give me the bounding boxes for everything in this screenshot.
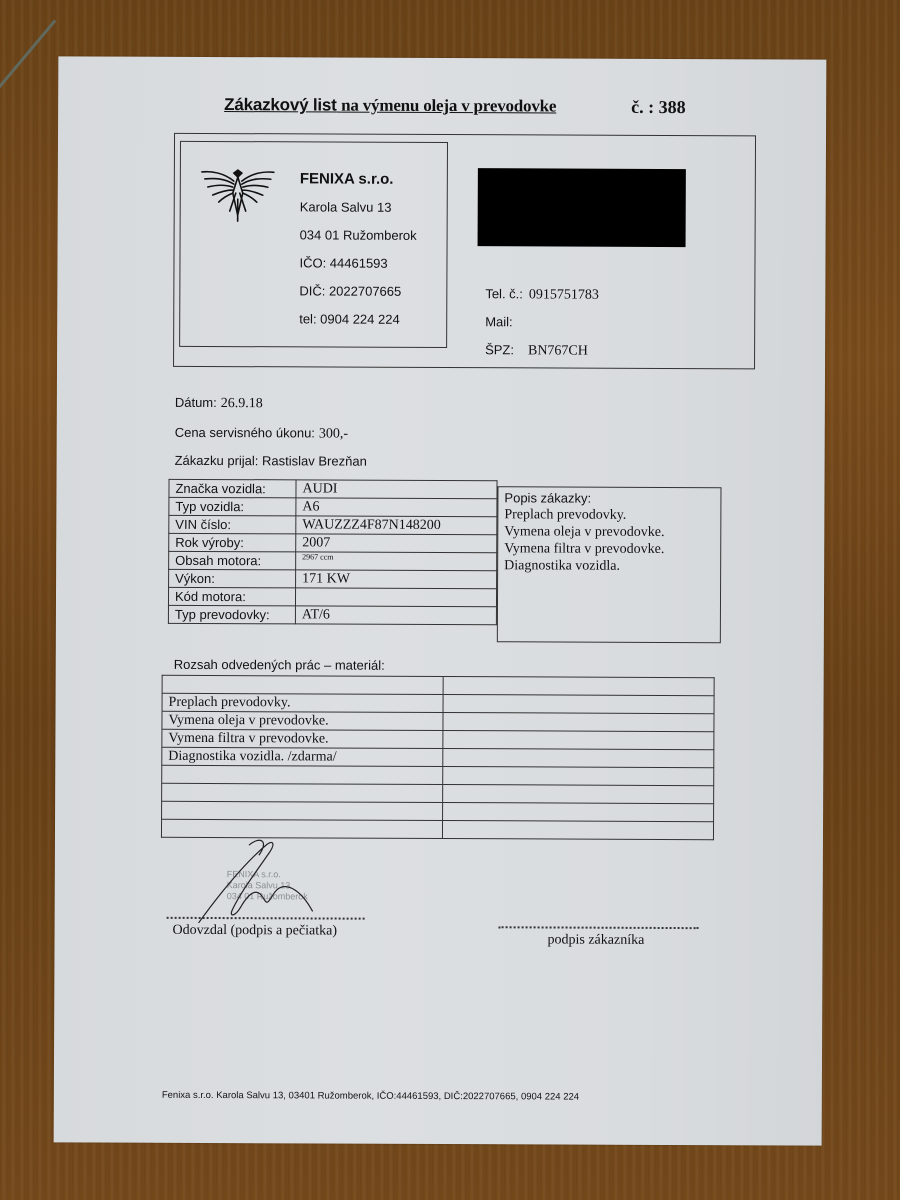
vehicle-label: Rok výroby: (169, 533, 296, 552)
work-item (161, 819, 442, 838)
table-row: Typ prevodovky:AT/6 (168, 605, 496, 624)
company-ico: IČO: 44461593 (299, 253, 416, 282)
order-accepted-by: Zákazku prijal: Rastislav Brezňan (175, 453, 367, 469)
work-material (443, 785, 714, 804)
table-row: Výkon:171 KW (169, 569, 497, 588)
vehicle-label: Značka vozidla: (169, 479, 296, 498)
description-line: Vymena filtra v prevodovke. (504, 540, 714, 558)
pen-on-table (0, 0, 56, 90)
table-row: Diagnostika vozidla. /zdarma/ (162, 747, 714, 767)
work-material (443, 677, 714, 696)
order-date: Dátum:26.9.18 (175, 395, 263, 412)
issuer-signature-label: Odovzdal (podpis a pečiatka) (173, 923, 338, 940)
vehicle-table: Značka vozidla:AUDI Typ vozidla:A6 VIN č… (168, 479, 498, 625)
work-item: Vymena oleja v prevodovke. (162, 711, 443, 730)
customer-tel: Tel. č.:0915751783 (485, 286, 599, 303)
work-material (443, 713, 714, 732)
customer-spz-value: BN767CH (528, 343, 588, 358)
handwritten-signature-icon (191, 837, 381, 928)
description-line: Vymena oleja v prevodovke. (504, 523, 714, 541)
work-order-sheet: Zákazkový list na výmenu oleja v prevodo… (54, 56, 827, 1145)
vehicle-value (295, 588, 496, 607)
vehicle-label: VIN číslo: (169, 515, 296, 534)
vehicle-value: 2967 ccm (296, 552, 497, 571)
work-material (443, 749, 714, 768)
table-row: VIN číslo:WAUZZZ4F87N148200 (169, 515, 497, 534)
customer-signature-line (499, 926, 699, 929)
eagle-logo-icon (200, 163, 276, 223)
vehicle-value: AUDI (296, 480, 497, 499)
price-value: 300,- (319, 426, 348, 441)
table-row: Typ vozidla:A6 (169, 497, 497, 516)
vehicle-label: Kód motora: (168, 587, 295, 606)
work-scope-table: Preplach prevodovky. Vymena oleja v prev… (161, 675, 715, 840)
accepted-value: Rastislav Brezňan (262, 453, 367, 468)
work-scope-heading: Rozsah odvedených prác – materiál: (174, 657, 385, 673)
table-row (162, 783, 714, 803)
customer-mail: Mail: (485, 314, 519, 331)
price-label: Cena servisného úkonu: (175, 425, 315, 441)
work-item: Vymena filtra v prevodovke. (162, 729, 443, 748)
order-price: Cena servisného úkonu:300,- (175, 425, 348, 443)
vehicle-value: WAUZZZ4F87N148200 (296, 516, 497, 535)
company-info: FENIXA s.r.o. Karola Salvu 13 034 01 Ruž… (299, 169, 417, 338)
vehicle-label: Obsah motora: (169, 551, 296, 570)
customer-tel-value: 0915751783 (529, 287, 599, 302)
footer-company-info: Fenixa s.r.o. Karola Salvu 13, 03401 Ruž… (162, 1090, 579, 1103)
document-title: Zákazkový list na výmenu oleja v prevodo… (224, 95, 556, 116)
vehicle-value: AT/6 (295, 606, 496, 625)
vehicle-label: Výkon: (169, 569, 296, 588)
work-item (162, 783, 443, 802)
table-row: Vymena filtra v prevodovke. (162, 729, 714, 749)
work-material (443, 767, 714, 786)
company-name: FENIXA s.r.o. (300, 169, 417, 198)
customer-tel-label: Tel. č.: (485, 286, 523, 301)
customer-spz-label: ŠPZ: (485, 342, 514, 357)
title-part2: na výmenu oleja v prevodovke (341, 96, 556, 116)
table-row: Značka vozidla:AUDI (169, 479, 497, 498)
table-row: Preplach prevodovky. (162, 693, 714, 713)
company-dic: DIČ: 2022707665 (299, 281, 416, 310)
work-material (443, 695, 714, 714)
vehicle-value: 171 KW (296, 570, 497, 589)
work-item (162, 801, 443, 820)
description-heading: Popis zákazky: (504, 489, 714, 507)
table-row: Kód motora: (168, 587, 496, 606)
vehicle-label: Typ prevodovky: (168, 605, 295, 624)
company-street: Karola Salvu 13 (300, 197, 417, 226)
description-line: Preplach prevodovky. (504, 506, 714, 524)
table-row: Vymena oleja v prevodovke. (162, 711, 714, 731)
vehicle-value: 2007 (296, 534, 497, 553)
date-label: Dátum: (175, 395, 217, 410)
customer-mail-label: Mail: (485, 314, 513, 329)
table-row (162, 801, 714, 821)
table-row: Obsah motora:2967 ccm (169, 551, 497, 570)
order-description-box: Popis zákazky: Preplach prevodovky. Vyme… (497, 486, 722, 643)
work-material (443, 731, 714, 750)
date-value: 26.9.18 (221, 396, 263, 411)
work-item: Preplach prevodovky. (162, 693, 443, 712)
title-part1: Zákazkový list (224, 95, 337, 114)
redacted-customer-name (478, 168, 686, 247)
table-row (162, 765, 714, 785)
accepted-label: Zákazku prijal: (175, 453, 259, 468)
work-material (443, 803, 714, 822)
customer-signature-label: podpis zákazníka (547, 932, 644, 948)
vehicle-value: A6 (296, 498, 497, 517)
description-line: Diagnostika vozidla. (504, 557, 714, 575)
table-row: Rok výroby:2007 (169, 533, 497, 552)
table-row (162, 675, 714, 695)
work-item (162, 675, 443, 694)
vehicle-label: Typ vozidla: (169, 497, 296, 516)
company-tel: tel: 0904 224 224 (299, 309, 416, 338)
company-city: 034 01 Ružomberok (300, 225, 417, 254)
order-number: č. : 388 (631, 97, 686, 118)
work-item (162, 765, 443, 784)
work-material (442, 821, 713, 840)
customer-spz: ŠPZ:BN767CH (485, 342, 588, 359)
work-item: Diagnostika vozidla. /zdarma/ (162, 747, 443, 766)
